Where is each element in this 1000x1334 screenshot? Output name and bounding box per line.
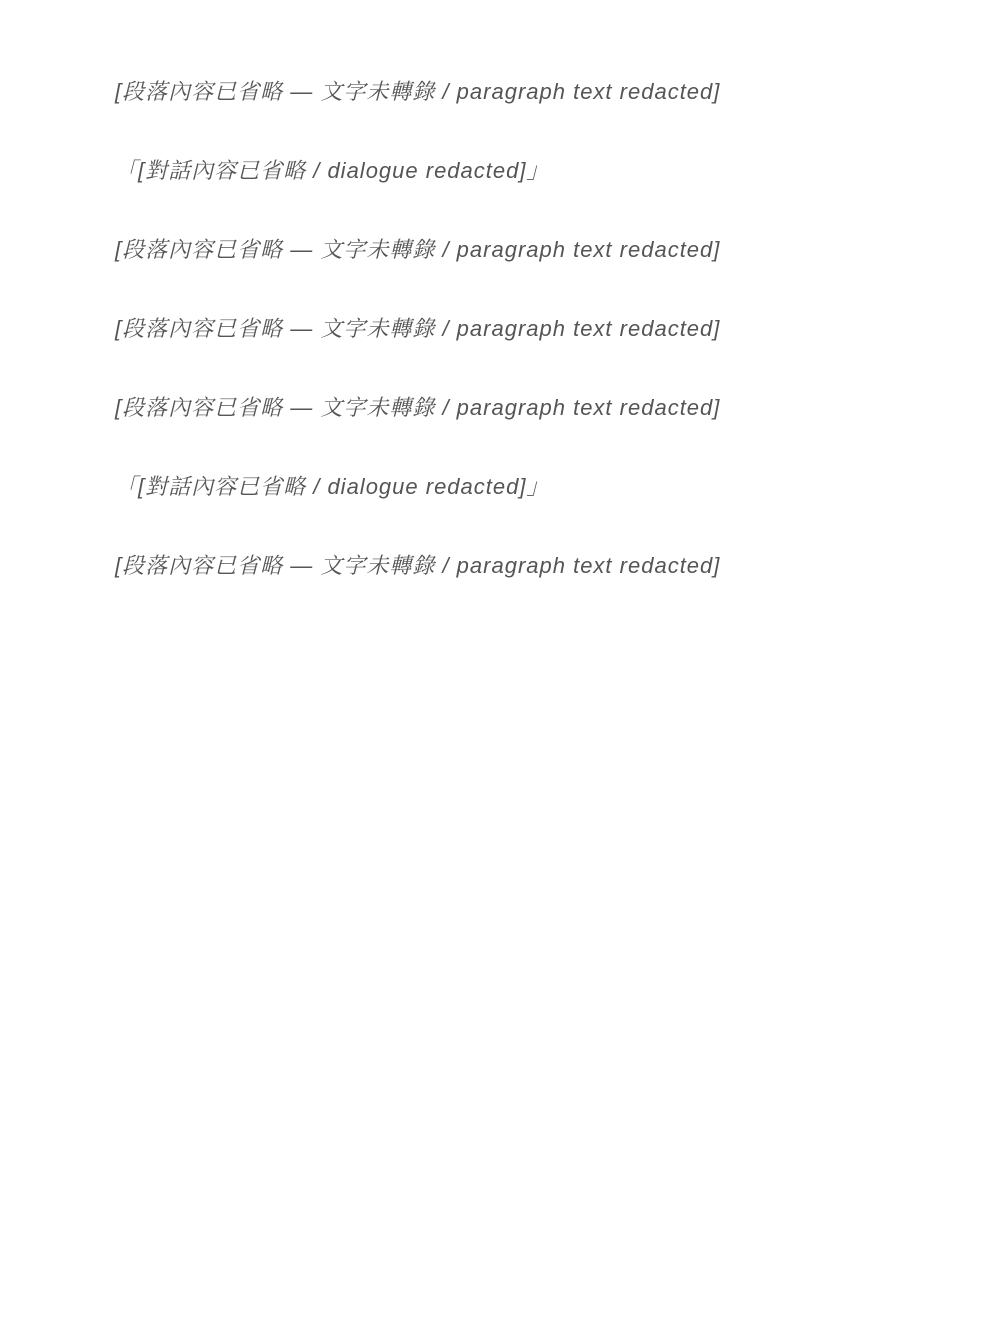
paragraph-5: [段落內容已省略 — 文字未轉錄 / paragraph text redact… <box>115 388 890 427</box>
document-page: [段落內容已省略 — 文字未轉錄 / paragraph text redact… <box>0 0 1000 1334</box>
paragraph-1: [段落內容已省略 — 文字未轉錄 / paragraph text redact… <box>115 72 890 111</box>
paragraph-6: 「[對話內容已省略 / dialogue redacted]」 <box>115 467 890 506</box>
text-column: [段落內容已省略 — 文字未轉錄 / paragraph text redact… <box>115 72 890 625</box>
paragraph-2: 「[對話內容已省略 / dialogue redacted]」 <box>115 151 890 190</box>
paragraph-4: [段落內容已省略 — 文字未轉錄 / paragraph text redact… <box>115 309 890 348</box>
paragraph-7: [段落內容已省略 — 文字未轉錄 / paragraph text redact… <box>115 546 890 585</box>
paragraph-3: [段落內容已省略 — 文字未轉錄 / paragraph text redact… <box>115 230 890 269</box>
